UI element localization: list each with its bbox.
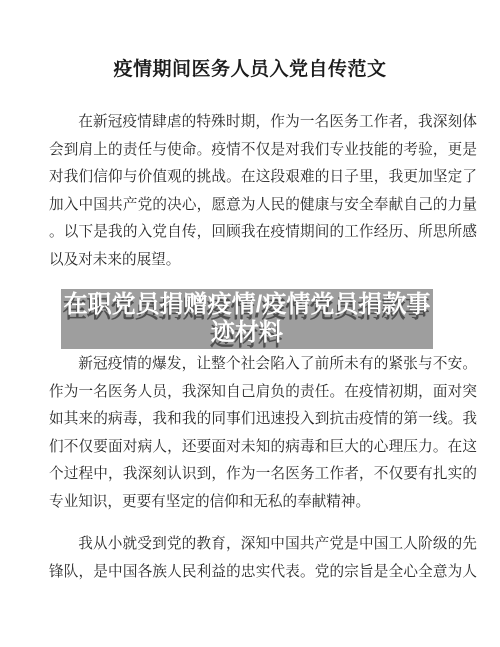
text-line: 我从小就受到党的教育，深知中国共产党是中国工人阶级的先 xyxy=(49,531,477,559)
paragraph-party-education: 我从小就受到党的教育，深知中国共产党是中国工人阶级的先锋队，是中国各族人民利益的… xyxy=(49,531,477,586)
text-line: 会到肩上的责任与使命。疫情不仅是对我们专业技能的考验，更是 xyxy=(49,137,477,165)
text-line: 个过程中，我深刻认识到，作为一名医务工作者，不仅要有扎实的 xyxy=(49,461,477,489)
text-line: 以及对未来的展望。 xyxy=(49,247,477,275)
text-line: 加入中国共产党的决心，愿意为人民的健康与安全奉献自己的力量 xyxy=(49,192,477,220)
document-title: 疫情期间医务人员入党自传范文 xyxy=(0,58,500,82)
text-line: 迹材料 xyxy=(61,319,433,347)
paragraph-outbreak: 新冠疫情的爆发，让整个社会陷入了前所未有的紧张与不安。作为一名医务人员，我深知自… xyxy=(49,351,477,516)
text-line: 。以下是我的入党自传，回顾我在疫情期间的工作经历、所思所感 xyxy=(49,219,477,247)
text-line: 专业知识，更要有坚定的信仰和无私的奉献精神。 xyxy=(49,489,477,517)
text-line: 在职党员捐赠疫情/疫情党员捐款事 xyxy=(61,291,433,319)
text-line: 们不仅要面对病人，还要面对未知的病毒和巨大的心理压力。在这 xyxy=(49,434,477,462)
overlay-banner-text: 在职党员捐赠疫情/疫情党员捐款事迹材料 xyxy=(61,289,433,347)
text-line: 新冠疫情的爆发，让整个社会陷入了前所未有的紧张与不安。 xyxy=(49,351,477,379)
text-line: 如其来的病毒，我和我的同事们迅速投入到抗击疫情的第一线。我 xyxy=(49,406,477,434)
text-line: 对我们信仰与价值观的挑战。在这段艰难的日子里，我更加坚定了 xyxy=(49,164,477,192)
document-page: 疫情期间医务人员入党自传范文 在新冠疫情肆虐的特殊时期，作为一名医务工作者，我深… xyxy=(0,0,500,647)
paragraph-intro: 在新冠疫情肆虐的特殊时期，作为一名医务工作者，我深刻体会到肩上的责任与使命。疫情… xyxy=(49,109,477,274)
text-line: 锋队，是中国各族人民利益的忠实代表。党的宗旨是全心全意为人 xyxy=(49,559,477,587)
text-line: 在新冠疫情肆虐的特殊时期，作为一名医务工作者，我深刻体 xyxy=(49,109,477,137)
overlay-banner: 在职党员捐赠疫情/疫情党员捐款事迹材料 xyxy=(61,289,433,349)
text-line: 作为一名医务人员，我深知自己肩负的责任。在疫情初期，面对突 xyxy=(49,379,477,407)
